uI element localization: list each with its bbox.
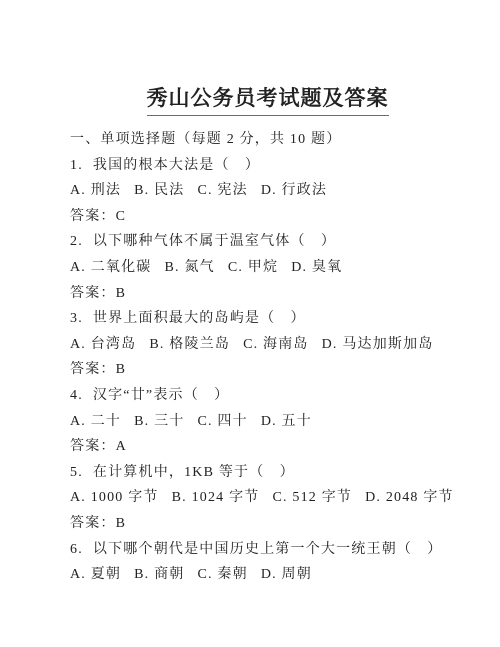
answer-label: 答案： [70, 516, 116, 531]
question-block: 6.以下哪个朝代是中国历史上第一个大一统王朝（ ） A. 夏朝B. 商朝C. 秦… [70, 537, 480, 588]
question-text: 世界上面积最大的岛屿是（ ） [93, 311, 306, 326]
options-line: A. 二十B. 三十C. 四十D. 五十 [70, 409, 480, 435]
page-title: 秀山公务员考试题及答案 [0, 0, 500, 116]
options-line: A. 夏朝B. 商朝C. 秦朝D. 周朝 [70, 562, 480, 588]
answer-value: A [116, 439, 127, 454]
answer-line: 答案：B [70, 281, 480, 307]
option: A. 1000 字节 [70, 490, 159, 505]
section-heading: 一、单项选择题（每题 2 分，共 10 题） [70, 127, 480, 153]
question-number: 5. [70, 465, 83, 480]
option: D. 马达加斯加岛 [322, 337, 434, 352]
option: A. 二氧化碳 [70, 260, 152, 275]
option: A. 二十 [70, 414, 121, 429]
question-block: 4.汉字“廿”表示（ ） A. 二十B. 三十C. 四十D. 五十 答案：A [70, 383, 480, 460]
answer-value: B [116, 286, 127, 301]
question-line: 6.以下哪个朝代是中国历史上第一个大一统王朝（ ） [70, 537, 480, 563]
question-number: 4. [70, 388, 83, 403]
question-line: 2.以下哪种气体不属于温室气体（ ） [70, 229, 480, 255]
section-heading-text: 一、单项选择题（每题 2 分，共 10 题） [70, 132, 341, 147]
options-line: A. 刑法B. 民法C. 宪法D. 行政法 [70, 178, 480, 204]
option: D. 臭氧 [291, 260, 342, 275]
option: B. 氮气 [165, 260, 215, 275]
answer-label: 答案： [70, 439, 116, 454]
option: C. 512 字节 [272, 490, 352, 505]
question-block: 1.我国的根本大法是（ ） A. 刑法B. 民法C. 宪法D. 行政法 答案：C [70, 153, 480, 230]
option: A. 夏朝 [70, 567, 121, 582]
answer-line: 答案：A [70, 434, 480, 460]
question-number: 1. [70, 158, 83, 173]
question-line: 3.世界上面积最大的岛屿是（ ） [70, 306, 480, 332]
option: B. 民法 [134, 183, 184, 198]
answer-line: 答案：B [70, 511, 480, 537]
question-text: 我国的根本大法是（ ） [93, 158, 260, 173]
question-text: 以下哪个朝代是中国历史上第一个大一统王朝（ ） [93, 542, 443, 557]
options-line: A. 1000 字节B. 1024 字节C. 512 字节D. 2048 字节 [70, 485, 480, 511]
option: D. 周朝 [261, 567, 312, 582]
document-body: 一、单项选择题（每题 2 分，共 10 题） 1.我国的根本大法是（ ） A. … [0, 127, 500, 588]
option: C. 宪法 [197, 183, 247, 198]
question-number: 6. [70, 542, 83, 557]
options-line: A. 二氧化碳B. 氮气C. 甲烷D. 臭氧 [70, 255, 480, 281]
answer-value: B [116, 516, 127, 531]
option: C. 秦朝 [197, 567, 247, 582]
option: A. 台湾岛 [70, 337, 136, 352]
option: B. 1024 字节 [172, 490, 260, 505]
answer-value: B [116, 362, 127, 377]
question-block: 5.在计算机中，1KB 等于（ ） A. 1000 字节B. 1024 字节C.… [70, 460, 480, 537]
option: D. 五十 [261, 414, 312, 429]
question-line: 4.汉字“廿”表示（ ） [70, 383, 480, 409]
question-block: 3.世界上面积最大的岛屿是（ ） A. 台湾岛B. 格陵兰岛C. 海南岛D. 马… [70, 306, 480, 383]
option: B. 三十 [134, 414, 184, 429]
answer-line: 答案：B [70, 357, 480, 383]
options-line: A. 台湾岛B. 格陵兰岛C. 海南岛D. 马达加斯加岛 [70, 332, 480, 358]
answer-label: 答案： [70, 209, 116, 224]
question-number: 3. [70, 311, 83, 326]
question-text: 汉字“廿”表示（ ） [93, 388, 229, 403]
question-number: 2. [70, 234, 83, 249]
answer-label: 答案： [70, 362, 116, 377]
option: C. 甲烷 [228, 260, 278, 275]
question-text: 在计算机中，1KB 等于（ ） [93, 465, 295, 480]
option: D. 2048 字节 [365, 490, 454, 505]
question-text: 以下哪种气体不属于温室气体（ ） [93, 234, 336, 249]
answer-line: 答案：C [70, 204, 480, 230]
question-block: 2.以下哪种气体不属于温室气体（ ） A. 二氧化碳B. 氮气C. 甲烷D. 臭… [70, 229, 480, 306]
answer-label: 答案： [70, 286, 116, 301]
question-line: 5.在计算机中，1KB 等于（ ） [70, 460, 480, 486]
option: A. 刑法 [70, 183, 121, 198]
option: D. 行政法 [261, 183, 327, 198]
answer-value: C [116, 209, 127, 224]
option: C. 海南岛 [243, 337, 309, 352]
option: C. 四十 [197, 414, 247, 429]
question-line: 1.我国的根本大法是（ ） [70, 153, 480, 179]
option: B. 商朝 [134, 567, 184, 582]
page-title-text: 秀山公务员考试题及答案 [147, 84, 389, 116]
option: B. 格陵兰岛 [149, 337, 230, 352]
document-page: 秀山公务员考试题及答案 一、单项选择题（每题 2 分，共 10 题） 1.我国的… [0, 0, 500, 647]
